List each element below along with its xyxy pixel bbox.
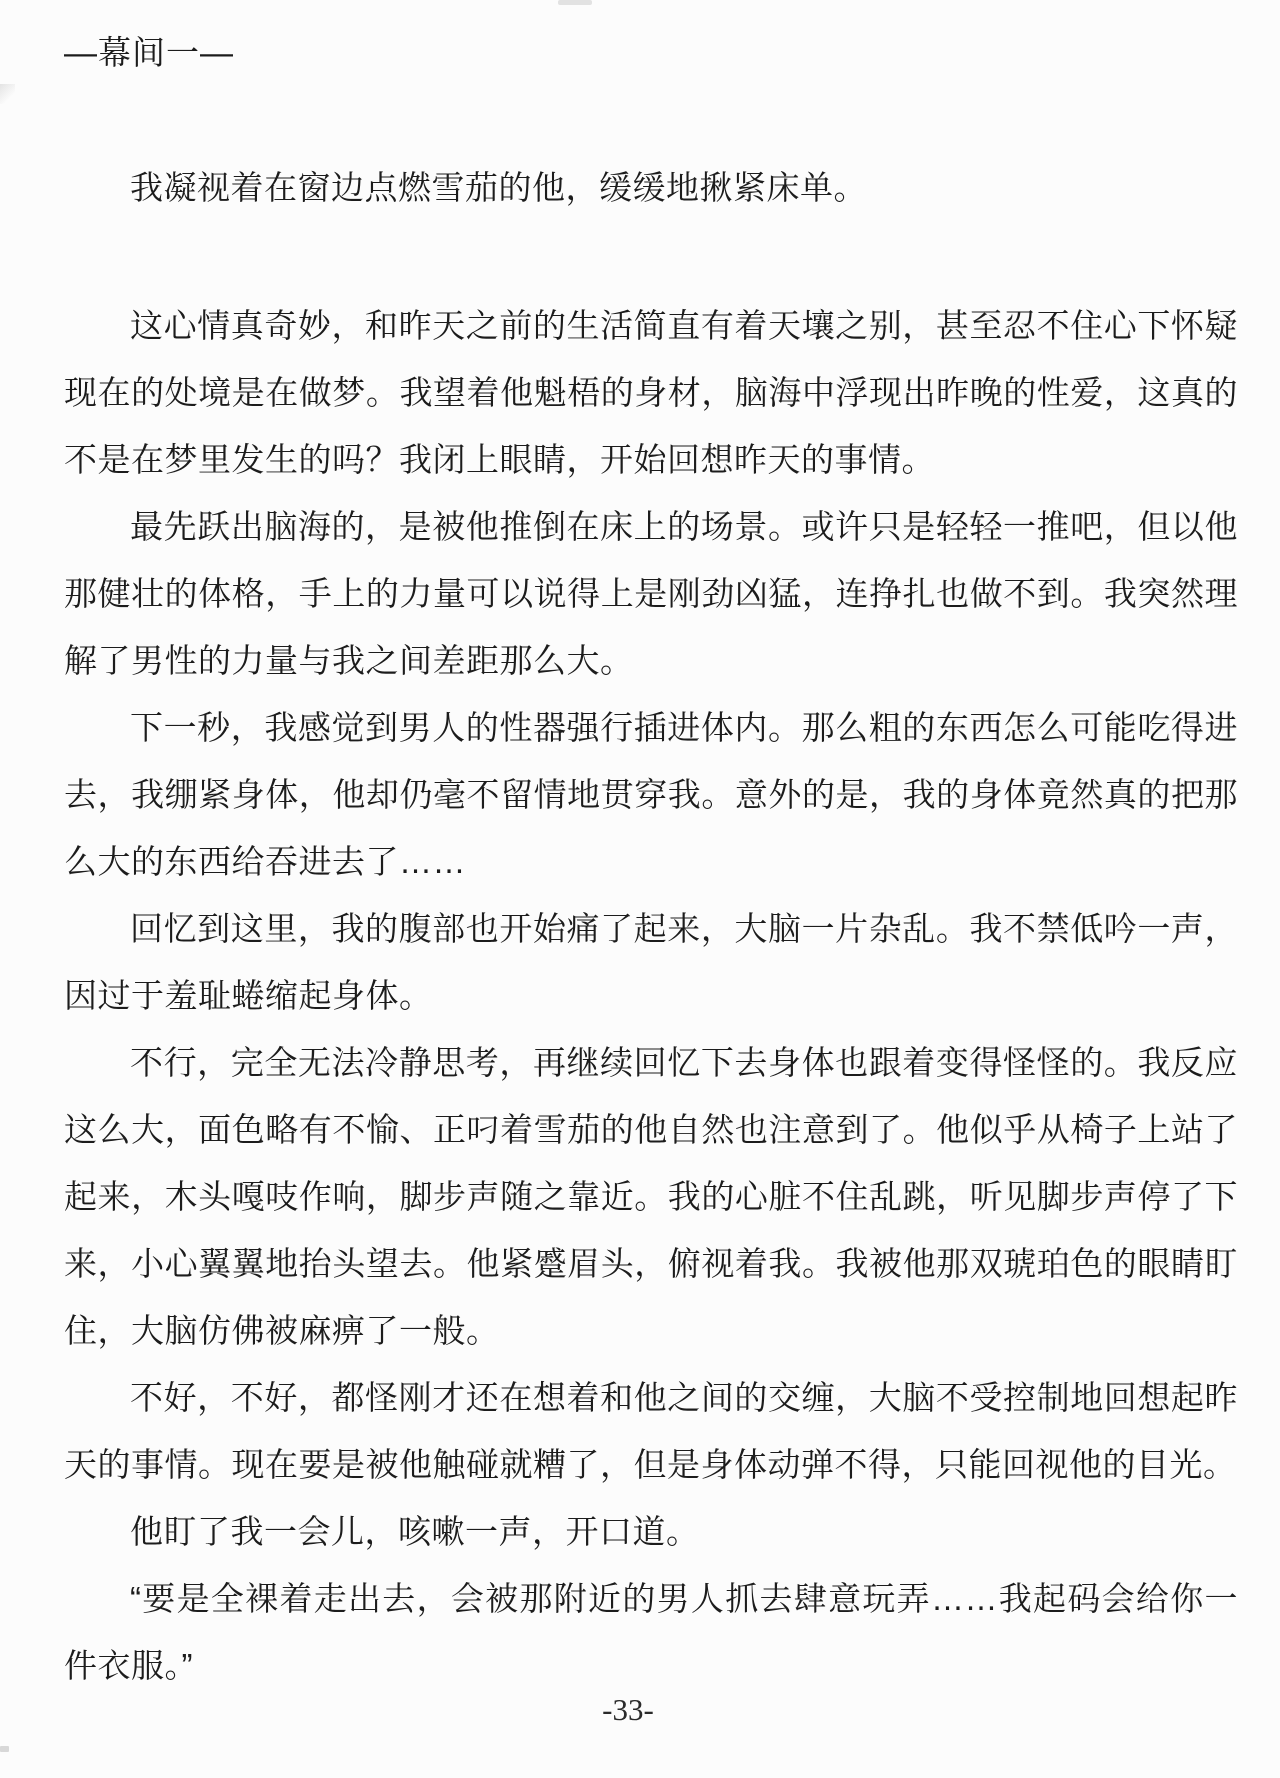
paragraph-2: 这心情真奇妙，和昨天之前的生活简直有着天壤之别，甚至忍不住心下怀疑现在的处境是在…	[64, 292, 1238, 493]
page-content: —幕间一— 我凝视着在窗边点燃雪茄的他，缓缓地揪紧床单。 这心情真奇妙，和昨天之…	[64, 19, 1238, 1699]
paragraph-1: 我凝视着在窗边点燃雪茄的他，缓缓地揪紧床单。	[64, 154, 1238, 221]
paragraph-7: 不好，不好，都怪刚才还在想着和他之间的交缠，大脑不受控制地回想起昨天的事情。现在…	[64, 1364, 1238, 1498]
paragraph-9-dialogue: “要是全裸着走出去，会被那附近的男人抓去肆意玩弄……我起码会给你一件衣服。”	[64, 1565, 1238, 1699]
page-number: -33-	[0, 1690, 1256, 1730]
paragraph-4: 下一秒，我感觉到男人的性器强行插进体内。那么粗的东西怎么可能吃得进去，我绷紧身体…	[64, 694, 1238, 895]
paragraph-3: 最先跃出脑海的，是被他推倒在床上的场景。或许只是轻轻一推吧，但以他那健壮的体格，…	[64, 493, 1238, 694]
scan-artifact-bottom-left	[0, 1746, 9, 1752]
paragraph-8: 他盯了我一会儿，咳嗽一声，开口道。	[64, 1498, 1238, 1565]
paragraph-5: 回忆到这里，我的腹部也开始痛了起来，大脑一片杂乱。我不禁低吟一声，因过于羞耻蜷缩…	[64, 895, 1238, 1029]
scan-artifact-top-edge	[558, 0, 592, 5]
scan-artifact-top-left	[0, 84, 15, 104]
chapter-header: —幕间一—	[64, 19, 1238, 86]
document-page: —幕间一— 我凝视着在窗边点燃雪茄的他，缓缓地揪紧床单。 这心情真奇妙，和昨天之…	[0, 0, 1280, 1778]
paragraph-6: 不行，完全无法冷静思考，再继续回忆下去身体也跟着变得怪怪的。我反应这么大，面色略…	[64, 1029, 1238, 1364]
